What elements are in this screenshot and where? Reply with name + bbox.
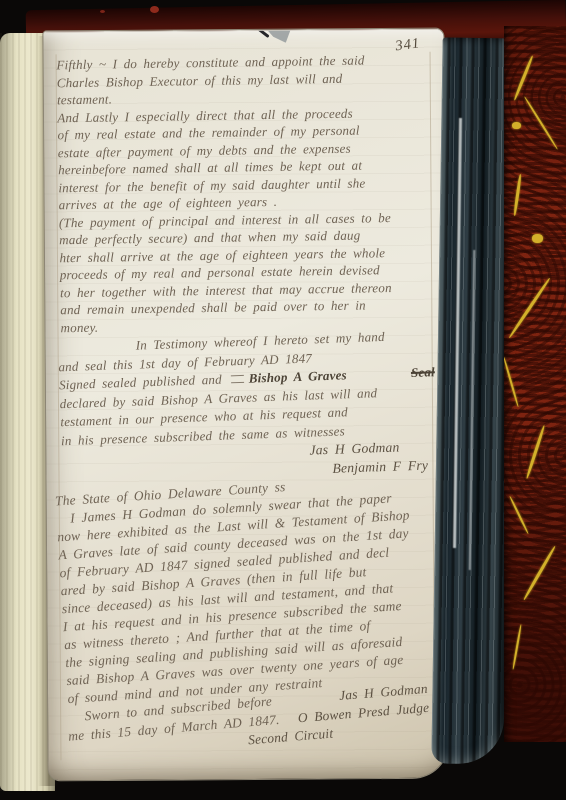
marble-vein: [513, 174, 522, 216]
marble-vein: [509, 496, 529, 535]
marble-vein: [513, 55, 534, 101]
will-clauses-section: Fifthly ~ I do hereby constitute and app…: [56, 50, 436, 336]
marble-vein: [524, 96, 559, 150]
marble-vein: [532, 234, 543, 243]
marble-vein: [525, 425, 545, 479]
marble-vein: [508, 277, 551, 338]
marble-vein: [523, 545, 557, 600]
marble-vein: [512, 122, 521, 129]
affidavit-section: The State of Ohio Delaware County ss I J…: [55, 469, 444, 708]
struck-seal-word: Seal: [411, 363, 436, 382]
manuscript-text: Fifthly ~ I do hereby constitute and app…: [58, 54, 439, 765]
cover-red-speck: [150, 6, 159, 13]
marble-vein: [512, 624, 522, 670]
probate-record-book-photo: 341 Fifthly ~ I do hereby constitute and…: [0, 0, 566, 800]
ledger-page: 341 Fifthly ~ I do hereby constitute and…: [43, 29, 448, 781]
insertion-mark: [231, 375, 244, 383]
testimony-section: In Testimony whereof I hereto set my han…: [57, 326, 438, 487]
marbled-cover: [504, 26, 566, 742]
marble-vein: [504, 357, 519, 408]
